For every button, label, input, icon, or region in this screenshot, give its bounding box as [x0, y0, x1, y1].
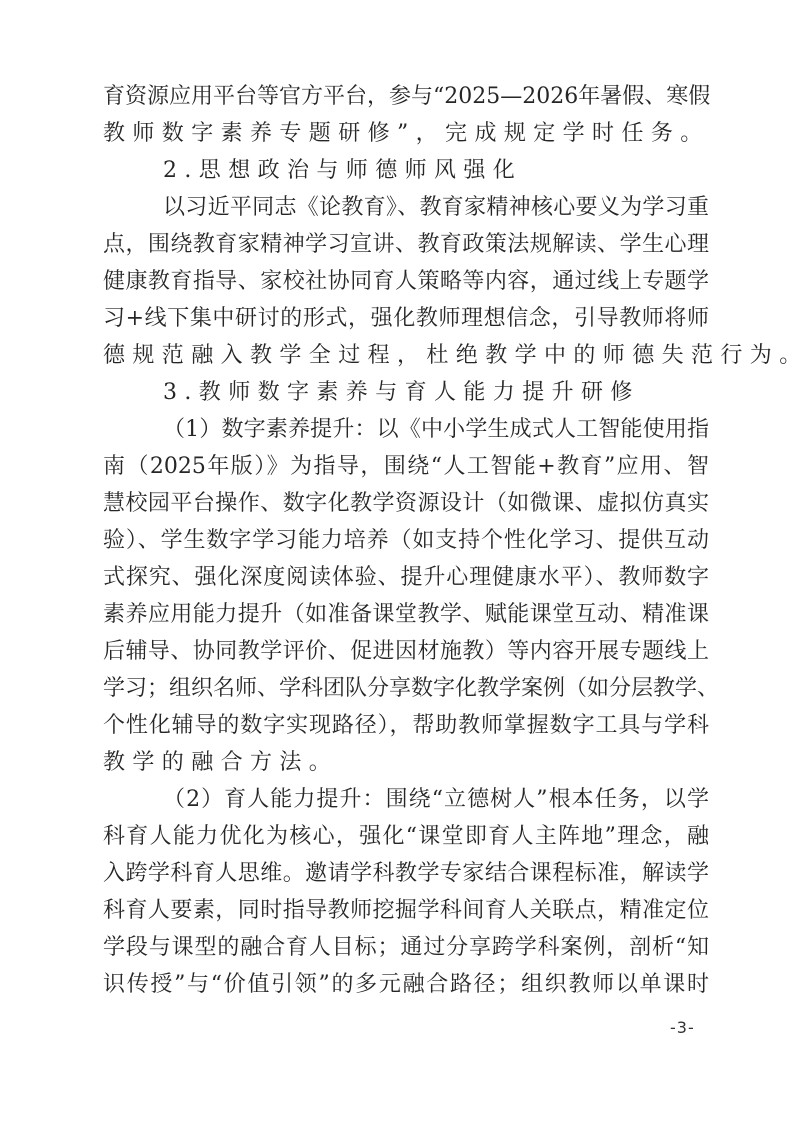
section-heading: 2.思想政治与师德师风强化 [103, 152, 709, 189]
section-heading: 3.教师数字素养与育人能力提升研修 [103, 374, 709, 411]
text-line: 以习近平同志《论教育》、教育家精神核心要义为学习重 [103, 189, 709, 226]
text-line: 学段与课型的融合育人目标；通过分享跨学科案例，剖析“知 [103, 929, 709, 966]
text-line: 德规范融入教学全过程，杜绝教学中的师德失范行为。 [103, 337, 709, 374]
text-line: （2）育人能力提升：围绕“立德树人”根本任务，以学 [103, 781, 709, 818]
text-line: 育资源应用平台等官方平台，参与“2025—2026年暑假、寒假 [103, 78, 709, 115]
text-line: 式探究、强化深度阅读体验、提升心理健康水平）、教师数字 [103, 559, 709, 596]
text-line: 学习；组织名师、学科团队分享数字化教学案例（如分层教学、 [103, 670, 709, 707]
text-line: 点，围绕教育家精神学习宣讲、教育政策法规解读、学生心理 [103, 226, 709, 263]
text-line: 验）、学生数字学习能力培养（如支持个性化学习、提供互动 [103, 522, 709, 559]
text-line: 南（2025年版）》为指导，围绕“人工智能+教育”应用、智 [103, 448, 709, 485]
body-text: 育资源应用平台等官方平台，参与“2025—2026年暑假、寒假 教师数字素养专题… [103, 78, 709, 1003]
text-line: 识传授”与“价值引领”的多元融合路径；组织教师以单课时 [103, 966, 709, 1003]
text-line: 健康教育指导、家校社协同育人策略等内容，通过线上专题学 [103, 263, 709, 300]
page-number: -3- [670, 1018, 695, 1037]
text-line: 后辅导、协同教学评价、促进因材施教）等内容开展专题线上 [103, 633, 709, 670]
text-line: 教师数字素养专题研修”，完成规定学时任务。 [103, 115, 709, 152]
text-line: 教学的融合方法。 [103, 744, 709, 781]
text-line: （1）数字素养提升：以《中小学生成式人工智能使用指 [103, 411, 709, 448]
text-line: 习+线下集中研讨的形式，强化教师理想信念，引导教师将师 [103, 300, 709, 337]
text-line: 慧校园平台操作、数字化教学资源设计（如微课、虚拟仿真实 [103, 485, 709, 522]
document-page: 育资源应用平台等官方平台，参与“2025—2026年暑假、寒假 教师数字素养专题… [0, 0, 793, 1122]
text-line: 科育人能力优化为核心，强化“课堂即育人主阵地”理念，融 [103, 818, 709, 855]
text-line: 科育人要素，同时指导教师挖掘学科间育人关联点，精准定位 [103, 892, 709, 929]
text-line: 入跨学科育人思维。邀请学科教学专家结合课程标准，解读学 [103, 855, 709, 892]
text-line: 素养应用能力提升（如准备课堂教学、赋能课堂互动、精准课 [103, 596, 709, 633]
text-line: 个性化辅导的数字实现路径），帮助教师掌握数字工具与学科 [103, 707, 709, 744]
